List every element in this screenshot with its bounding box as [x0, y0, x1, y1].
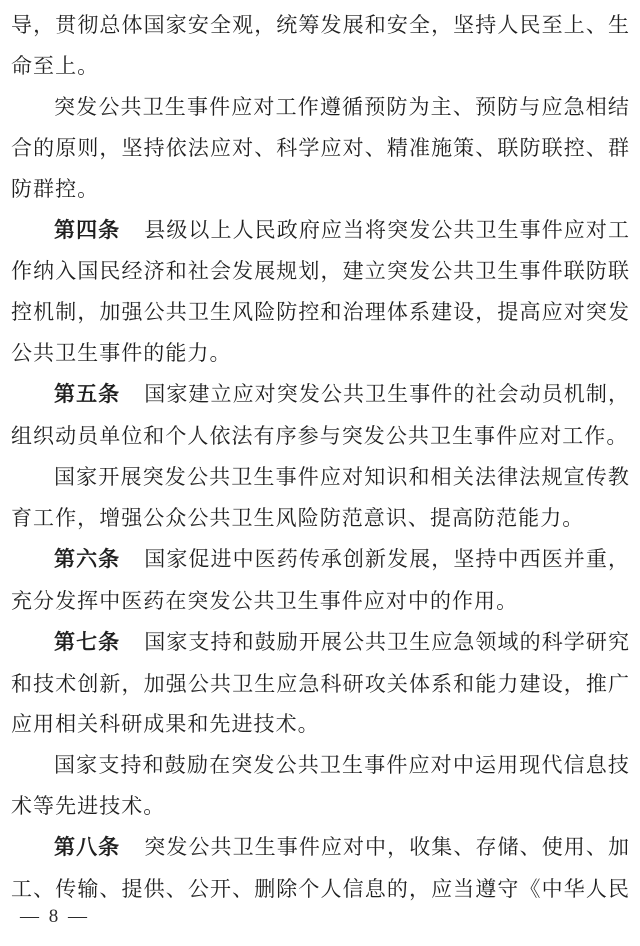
paragraph-text: 国家支持和鼓励在突发公共卫生事件应对中运用现代信息技术等先进技术。 [11, 753, 630, 818]
article-7-paragraph-2: 国家支持和鼓励在突发公共卫生事件应对中运用现代信息技术等先进技术。 [11, 745, 630, 827]
article-5-heading: 第五条 [54, 383, 120, 406]
article-5-paragraph: 第五条国家建立应对突发公共卫生事件的社会动员机制，组织动员单位和个人依法有序参与… [11, 374, 630, 457]
paragraph-text: 导，贯彻总体国家安全观，统筹发展和安全，坚持人民至上、生命至上。 [11, 13, 630, 78]
page-number: — 8 — [20, 906, 90, 928]
article-8-paragraph: 第八条突发公共卫生事件应对中，收集、存储、使用、加工、传输、提供、公开、删除个人… [11, 827, 630, 910]
paragraph-principles: 突发公共卫生事件应对工作遵循预防为主、预防与应急相结合的原则，坚持依法应对、科学… [11, 87, 630, 210]
article-5-paragraph-2: 国家开展突发公共卫生事件应对知识和相关法律法规宣传教育工作，增强公众公共卫生风险… [11, 457, 630, 539]
paragraph-text: 突发公共卫生事件应对工作遵循预防为主、预防与应急相结合的原则，坚持依法应对、科学… [11, 95, 630, 201]
article-6-paragraph: 第六条国家促进中医药传承创新发展，坚持中西医并重，充分发挥中医药在突发公共卫生事… [11, 539, 630, 622]
paragraph-continuation: 导，贯彻总体国家安全观，统筹发展和安全，坚持人民至上、生命至上。 [11, 5, 630, 87]
article-7-paragraph: 第七条国家支持和鼓励开展公共卫生应急领域的科学研究和技术创新，加强公共卫生应急科… [11, 622, 630, 746]
paragraph-text: 国家开展突发公共卫生事件应对知识和相关法律法规宣传教育工作，增强公众公共卫生风险… [11, 465, 630, 530]
article-4-heading: 第四条 [54, 219, 120, 242]
article-8-heading: 第八条 [54, 836, 120, 859]
article-7-heading: 第七条 [54, 631, 120, 654]
document-text-body: 导，贯彻总体国家安全观，统筹发展和安全，坚持人民至上、生命至上。 突发公共卫生事… [0, 0, 640, 910]
article-4-paragraph: 第四条县级以上人民政府应当将突发公共卫生事件应对工作纳入国民经济和社会发展规划，… [11, 210, 630, 375]
document-page: 导，贯彻总体国家安全观，统筹发展和安全，坚持人民至上、生命至上。 突发公共卫生事… [0, 0, 640, 946]
article-6-heading: 第六条 [54, 548, 120, 571]
